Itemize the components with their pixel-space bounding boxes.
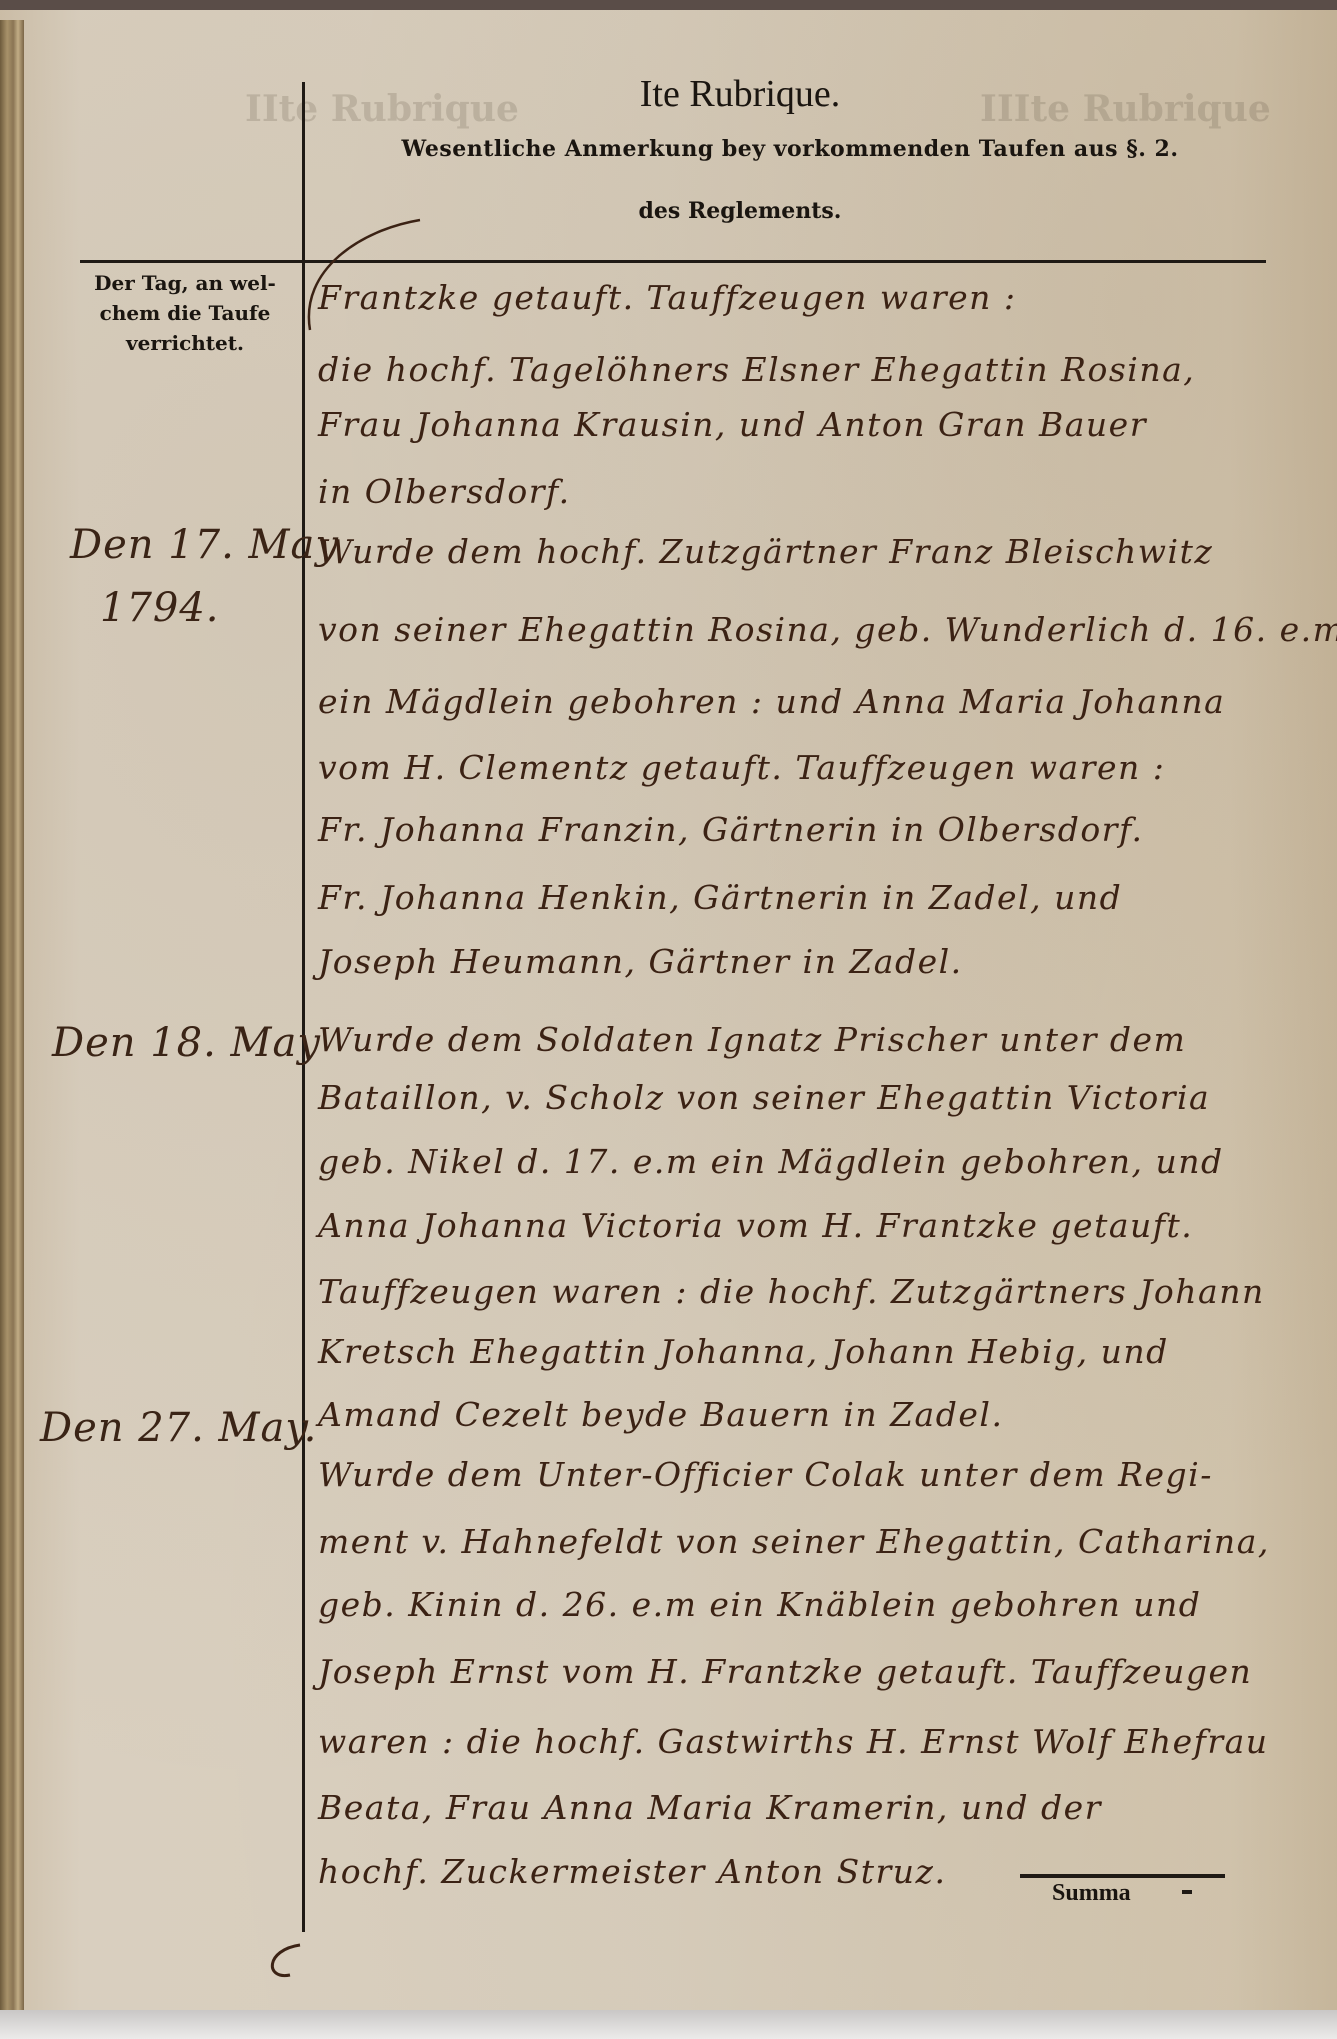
baptism-year: 1794. (100, 585, 220, 631)
bleed-through-text: IIIte Rubrique (980, 88, 1271, 130)
page-title: Ite Rubrique. (540, 72, 940, 116)
summa-value (1182, 1890, 1192, 1894)
entry-line: in Olbersdorf. (318, 472, 1278, 511)
entry-line: geb. Kinin d. 26. e.m ein Knäblein geboh… (318, 1585, 1278, 1624)
entry-line: Kretsch Ehegattin Johanna, Johann Hebig,… (318, 1332, 1278, 1371)
entry-line: Fr. Johanna Henkin, Gärtnerin in Zadel, … (318, 878, 1278, 917)
entry-line: Amand Cezelt beyde Bauern in Zadel. (318, 1395, 1278, 1434)
header-rule (80, 260, 1266, 263)
baptism-date: Den 18. May (52, 1020, 321, 1066)
ink-flourish (260, 1940, 320, 1990)
entry-line: Wurde dem hochf. Zutzgärtner Franz Bleis… (318, 532, 1278, 571)
register-page: IIte Rubrique IIIte Rubrique Ite Rubriqu… (0, 0, 1337, 2010)
column-header-line: verrichtet. (70, 328, 300, 358)
entry-line: Beata, Frau Anna Maria Kramerin, und der (318, 1788, 1278, 1827)
entry-line: Wurde dem Unter-Officier Colak unter dem… (318, 1455, 1278, 1494)
entry-line: Wurde dem Soldaten Ignatz Prischer unter… (318, 1020, 1278, 1059)
entry-line: Joseph Ernst vom H. Frantzke getauft. Ta… (318, 1652, 1278, 1691)
page-shadow (0, 2010, 1337, 2039)
summa-rule (1020, 1874, 1225, 1878)
bleed-through-text: IIte Rubrique (245, 88, 519, 130)
entry-line: Fr. Johanna Franzin, Gärtnerin in Olbers… (318, 810, 1278, 849)
column-divider (302, 82, 305, 1932)
entry-line: vom H. Clementz getauft. Tauffzeugen war… (318, 748, 1278, 787)
entry-line: Joseph Heumann, Gärtner in Zadel. (318, 942, 1278, 981)
column-header-line: Der Tag, an wel- (70, 268, 300, 298)
entry-line: ment v. Hahnefeldt von seiner Ehegattin,… (318, 1522, 1278, 1561)
summa-label: Summa (1052, 1880, 1131, 1907)
baptism-date: Den 17. May (70, 522, 339, 568)
book-binding-edge (0, 20, 24, 2020)
page-subtitle-continued: des Reglements. (540, 198, 940, 224)
entry-line: Anna Johanna Victoria vom H. Frantzke ge… (318, 1206, 1278, 1245)
entry-line: ein Mägdlein gebohren : und Anna Maria J… (318, 682, 1278, 721)
entry-line: die hochf. Tagelöhners Elsner Ehegattin … (318, 350, 1278, 389)
entry-line: waren : die hochf. Gastwirths H. Ernst W… (318, 1722, 1278, 1761)
entry-line: Frantzke getauft. Tauffzeugen waren : (318, 278, 1278, 317)
entry-line: Tauffzeugen waren : die hochf. Zutzgärtn… (318, 1272, 1278, 1311)
column-header-line: chem die Taufe (70, 298, 300, 328)
page-subtitle: Wesentliche Anmerkung bey vorkommenden T… (340, 136, 1240, 162)
date-column-header: Der Tag, an wel- chem die Taufe verricht… (70, 268, 300, 358)
entry-line: von seiner Ehegattin Rosina, geb. Wunder… (318, 610, 1278, 649)
entry-line: Frau Johanna Krausin, und Anton Gran Bau… (318, 405, 1278, 444)
baptism-date: Den 27. May. (40, 1405, 317, 1451)
entry-line: geb. Nikel d. 17. e.m ein Mägdlein geboh… (318, 1142, 1278, 1181)
entry-line: hochf. Zuckermeister Anton Struz. (318, 1852, 1278, 1891)
entry-line: Bataillon, v. Scholz von seiner Ehegatti… (318, 1078, 1278, 1117)
